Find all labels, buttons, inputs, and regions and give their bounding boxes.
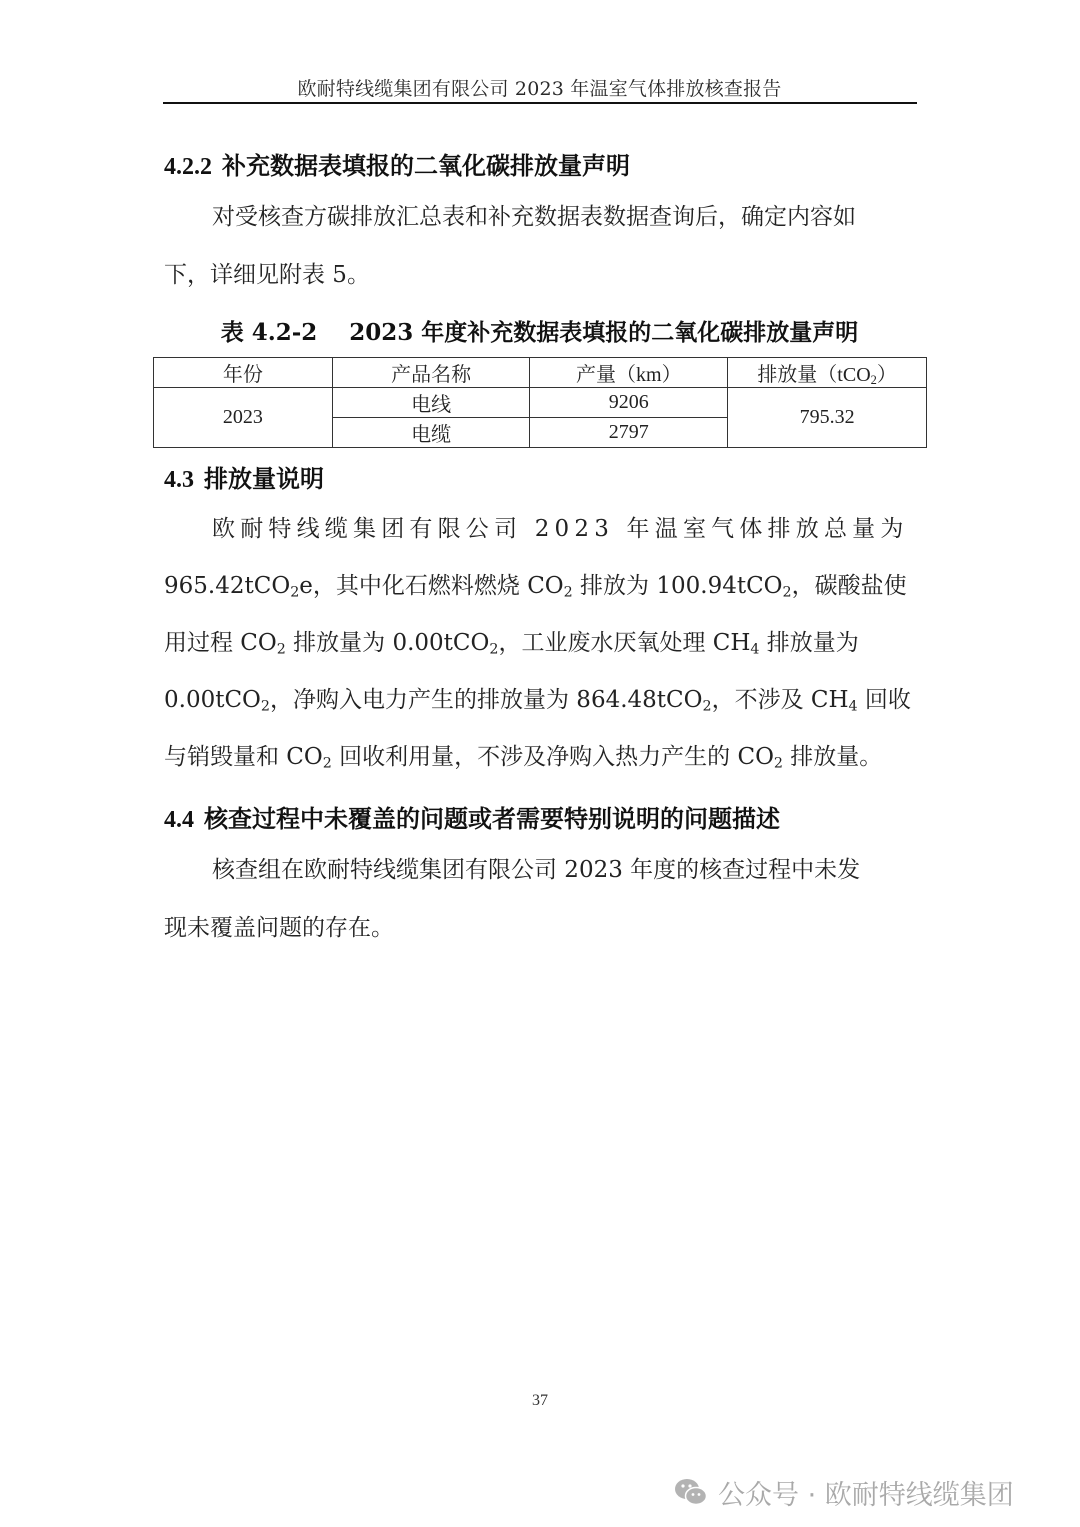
cell-emission: 795.32 (728, 388, 927, 448)
section-number: 4.2.2 (164, 154, 212, 180)
paragraph-line: 下，详细见附表 5。 (164, 246, 916, 304)
header-product: 产品名称 (332, 358, 530, 388)
cell-product: 电缆 (332, 418, 530, 448)
watermark: 公众号 · 欧耐特线缆集团 (674, 1472, 1014, 1512)
paragraph-line: 对受核查方碳排放汇总表和补充数据表数据查询后，确定内容如 (164, 188, 916, 246)
paragraph-4-3: 欧耐特线缆集团有限公司 2023 年温室气体排放总量为 965.42tCO2e，… (164, 501, 916, 786)
paragraph-line: 0.00tCO2，净购入电力产生的排放量为 864.48tCO2，不涉及 CH4… (164, 672, 916, 729)
watermark-text: 公众号 · 欧耐特线缆集团 (718, 1473, 1014, 1512)
section-heading-4-2-2: 4.2.2补充数据表填报的二氧化碳排放量声明 (164, 146, 630, 181)
table-row: 2023 电线 9206 795.32 (154, 388, 927, 418)
paragraph-line: 用过程 CO2 排放量为 0.00tCO2，工业废水厌氧处理 CH4 排放量为 (164, 615, 916, 672)
header-year: 年份 (154, 358, 333, 388)
cell-output: 2797 (530, 418, 728, 448)
paragraph-line: 欧耐特线缆集团有限公司 2023 年温室气体排放总量为 (164, 501, 916, 558)
header-output: 产量（km） (530, 358, 728, 388)
section-heading-4-3: 4.3排放量说明 (164, 459, 324, 494)
cell-product: 电线 (332, 388, 530, 418)
paragraph-line: 与销毁量和 CO2 回收利用量，不涉及净购入热力产生的 CO2 排放量。 (164, 729, 916, 786)
cell-year: 2023 (154, 388, 333, 448)
running-header: 欧耐特线缆集团有限公司 2023 年温室气体排放核查报告 (163, 74, 916, 101)
header-emission: 排放量（tCO2） (728, 358, 927, 388)
header-rule (163, 102, 917, 104)
paragraph-line: 965.42tCO2e，其中化石燃料燃烧 CO2 排放为 100.94tCO2，… (164, 558, 916, 615)
paragraph-4-4: 核查组在欧耐特线缆集团有限公司 2023 年度的核查过程中未发 现未覆盖问题的存… (164, 841, 916, 957)
wechat-icon (674, 1477, 708, 1507)
cell-output: 9206 (530, 388, 728, 418)
paragraph-4-2-2: 对受核查方碳排放汇总表和补充数据表数据查询后，确定内容如 下，详细见附表 5。 (164, 188, 916, 304)
paragraph-line: 核查组在欧耐特线缆集团有限公司 2023 年度的核查过程中未发 (164, 841, 916, 899)
table-header-row: 年份 产品名称 产量（km） 排放量（tCO2） (154, 358, 927, 388)
table-caption: 表 4.2-2 2023 年度补充数据表填报的二氧化碳排放量声明 (153, 314, 926, 347)
section-title: 补充数据表填报的二氧化碳排放量声明 (222, 151, 630, 180)
page-number: 37 (500, 1392, 580, 1410)
section-title: 核查过程中未覆盖的问题或者需要特别说明的问题描述 (204, 804, 780, 833)
paragraph-line: 现未覆盖问题的存在。 (164, 899, 916, 957)
section-number: 4.3 (164, 467, 194, 493)
section-heading-4-4: 4.4核查过程中未覆盖的问题或者需要特别说明的问题描述 (164, 799, 780, 834)
emissions-table: 年份 产品名称 产量（km） 排放量（tCO2） 2023 电线 9206 79… (153, 357, 927, 448)
section-title: 排放量说明 (204, 464, 324, 493)
section-number: 4.4 (164, 807, 194, 833)
